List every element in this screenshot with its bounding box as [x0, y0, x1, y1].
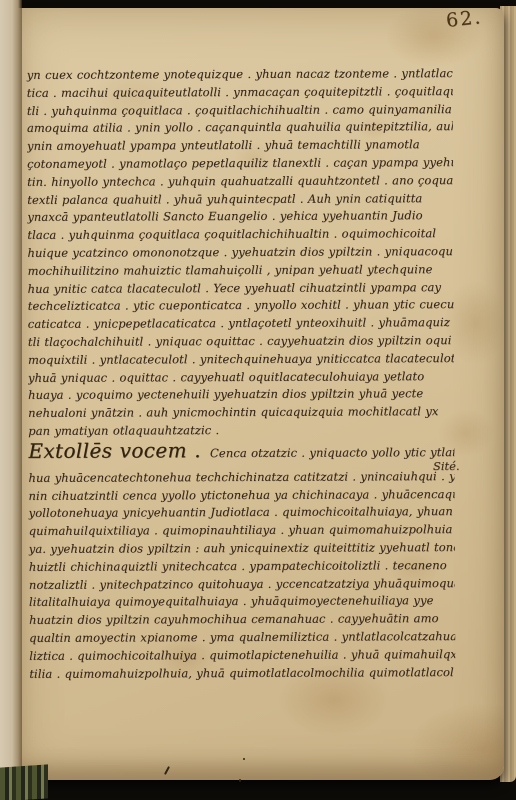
manuscript-line: huatzin dios ypiltzin cayuhmochihua cema…	[29, 610, 455, 630]
ink-speck	[239, 779, 241, 782]
manuscript-line: tilia . quimomahuizpolhuia, yhuā quimotl…	[29, 664, 455, 684]
ink-speck	[243, 758, 245, 760]
binding-gutter	[0, 0, 22, 778]
manuscript-line: ynin amoyehuatl ypampa ynteutlatolli . y…	[27, 136, 453, 156]
manuscript-line: nehualoni ynātzin . auh ynicmochintin qu…	[28, 403, 454, 423]
manuscript-line: huique ycatzinco omononotzque . yyehuatz…	[27, 243, 453, 263]
manuscript-line: hua yhuācencatechtonehua techchichinatza…	[28, 468, 454, 488]
folio-number: 62.	[445, 6, 483, 32]
manuscript-line: yn cuex cochtzonteme ynotequizque . yhua…	[27, 65, 453, 85]
manuscript-line: amoquima atilia . ynin yollo . caçanquin…	[27, 118, 453, 138]
latin-incipit-heading: Extollēs vocem .	[28, 442, 201, 461]
binding-cloth	[0, 764, 48, 800]
manuscript-line: yhuā yniquac . oquittac . cayyehuatl oqu…	[28, 368, 454, 388]
manuscript-line: Cenca otzatzic . yniquacto yollo ytic yt…	[201, 444, 454, 463]
manuscript-scan: 62. yn cuex cochtzonteme ynotequizque . …	[0, 0, 516, 800]
manuscript-line: yollotonehuaya ynicyehuantin Judiotlaca …	[29, 503, 455, 523]
manuscript-line: çotonameyotl . ynamotlaço pepetlaquiliz …	[27, 154, 453, 174]
manuscript-line: huaya . ycoquimo yectenehuili yyehuatzin…	[28, 385, 454, 405]
section-heading-line: Extollēs vocem . Cenca otzatzic . yniqua…	[28, 441, 454, 469]
manuscript-line: hua ynitic catca tlacateculotl . Yece yy…	[28, 279, 454, 299]
manuscript-line: liztica . quimochicoitalhuiya . quimotla…	[29, 646, 455, 666]
text-block: yn cuex cochtzonteme ynotequizque . yhua…	[27, 65, 456, 683]
manuscript-line: tlaca . yuhquinma çoquitlaca çoquitlachi…	[27, 225, 453, 245]
manuscript-line: notzaliztli . ynitechpatzinco quitohuaya…	[29, 575, 455, 595]
manuscript-line: ynaxcā ypanteutlatolli Sancto Euangelio …	[27, 207, 453, 227]
manuscript-line: mochihuilitzino mahuiztic tlamahuiçolli …	[28, 261, 454, 281]
margin-note: Sité.	[433, 459, 460, 473]
manuscript-line: moquixtili . yntlacateculotl . ynitechqu…	[28, 350, 454, 370]
manuscript-line: quimahuilquixtiliaya . quimopinauhtiliay…	[29, 521, 455, 541]
manuscript-line: tica . macihui quicaquiteutlatolli . ynm…	[27, 83, 453, 103]
manuscript-line: tin. hinyollo yntechca . yuhquin quahuat…	[27, 172, 453, 192]
manuscript-line: tli tlaçochalchihuitl . yniquac oquittac…	[28, 332, 454, 352]
manuscript-line: huiztli chichinaquiztli ynitechcatca . y…	[29, 557, 455, 577]
manuscript-line: ya. yyehuatzin dios ypiltzin : auh ynicq…	[29, 539, 455, 559]
manuscript-line: textli palanca quahuitl . yhuā yuhquinte…	[27, 190, 453, 210]
manuscript-line: qualtin amoyectin xpianome . yma qualnem…	[29, 628, 455, 648]
manuscript-line: litalitalhuiaya quimoyequitalhuiaya . yh…	[29, 592, 455, 612]
manuscript-line: pan ymatiyan otlaquauhtzatzic .	[28, 421, 454, 441]
manuscript-line: techcelizticatca . ytic cueponticatca . …	[28, 296, 454, 316]
manuscript-line: nin cihuatzintli cenca yyollo ytictonehu…	[28, 486, 454, 506]
manuscript-line: tli . yuhquinma çoquitlaca . çoquitlachi…	[27, 101, 453, 121]
manuscript-line: caticatca . ynicpepetlacaticatca . yntla…	[28, 314, 454, 334]
